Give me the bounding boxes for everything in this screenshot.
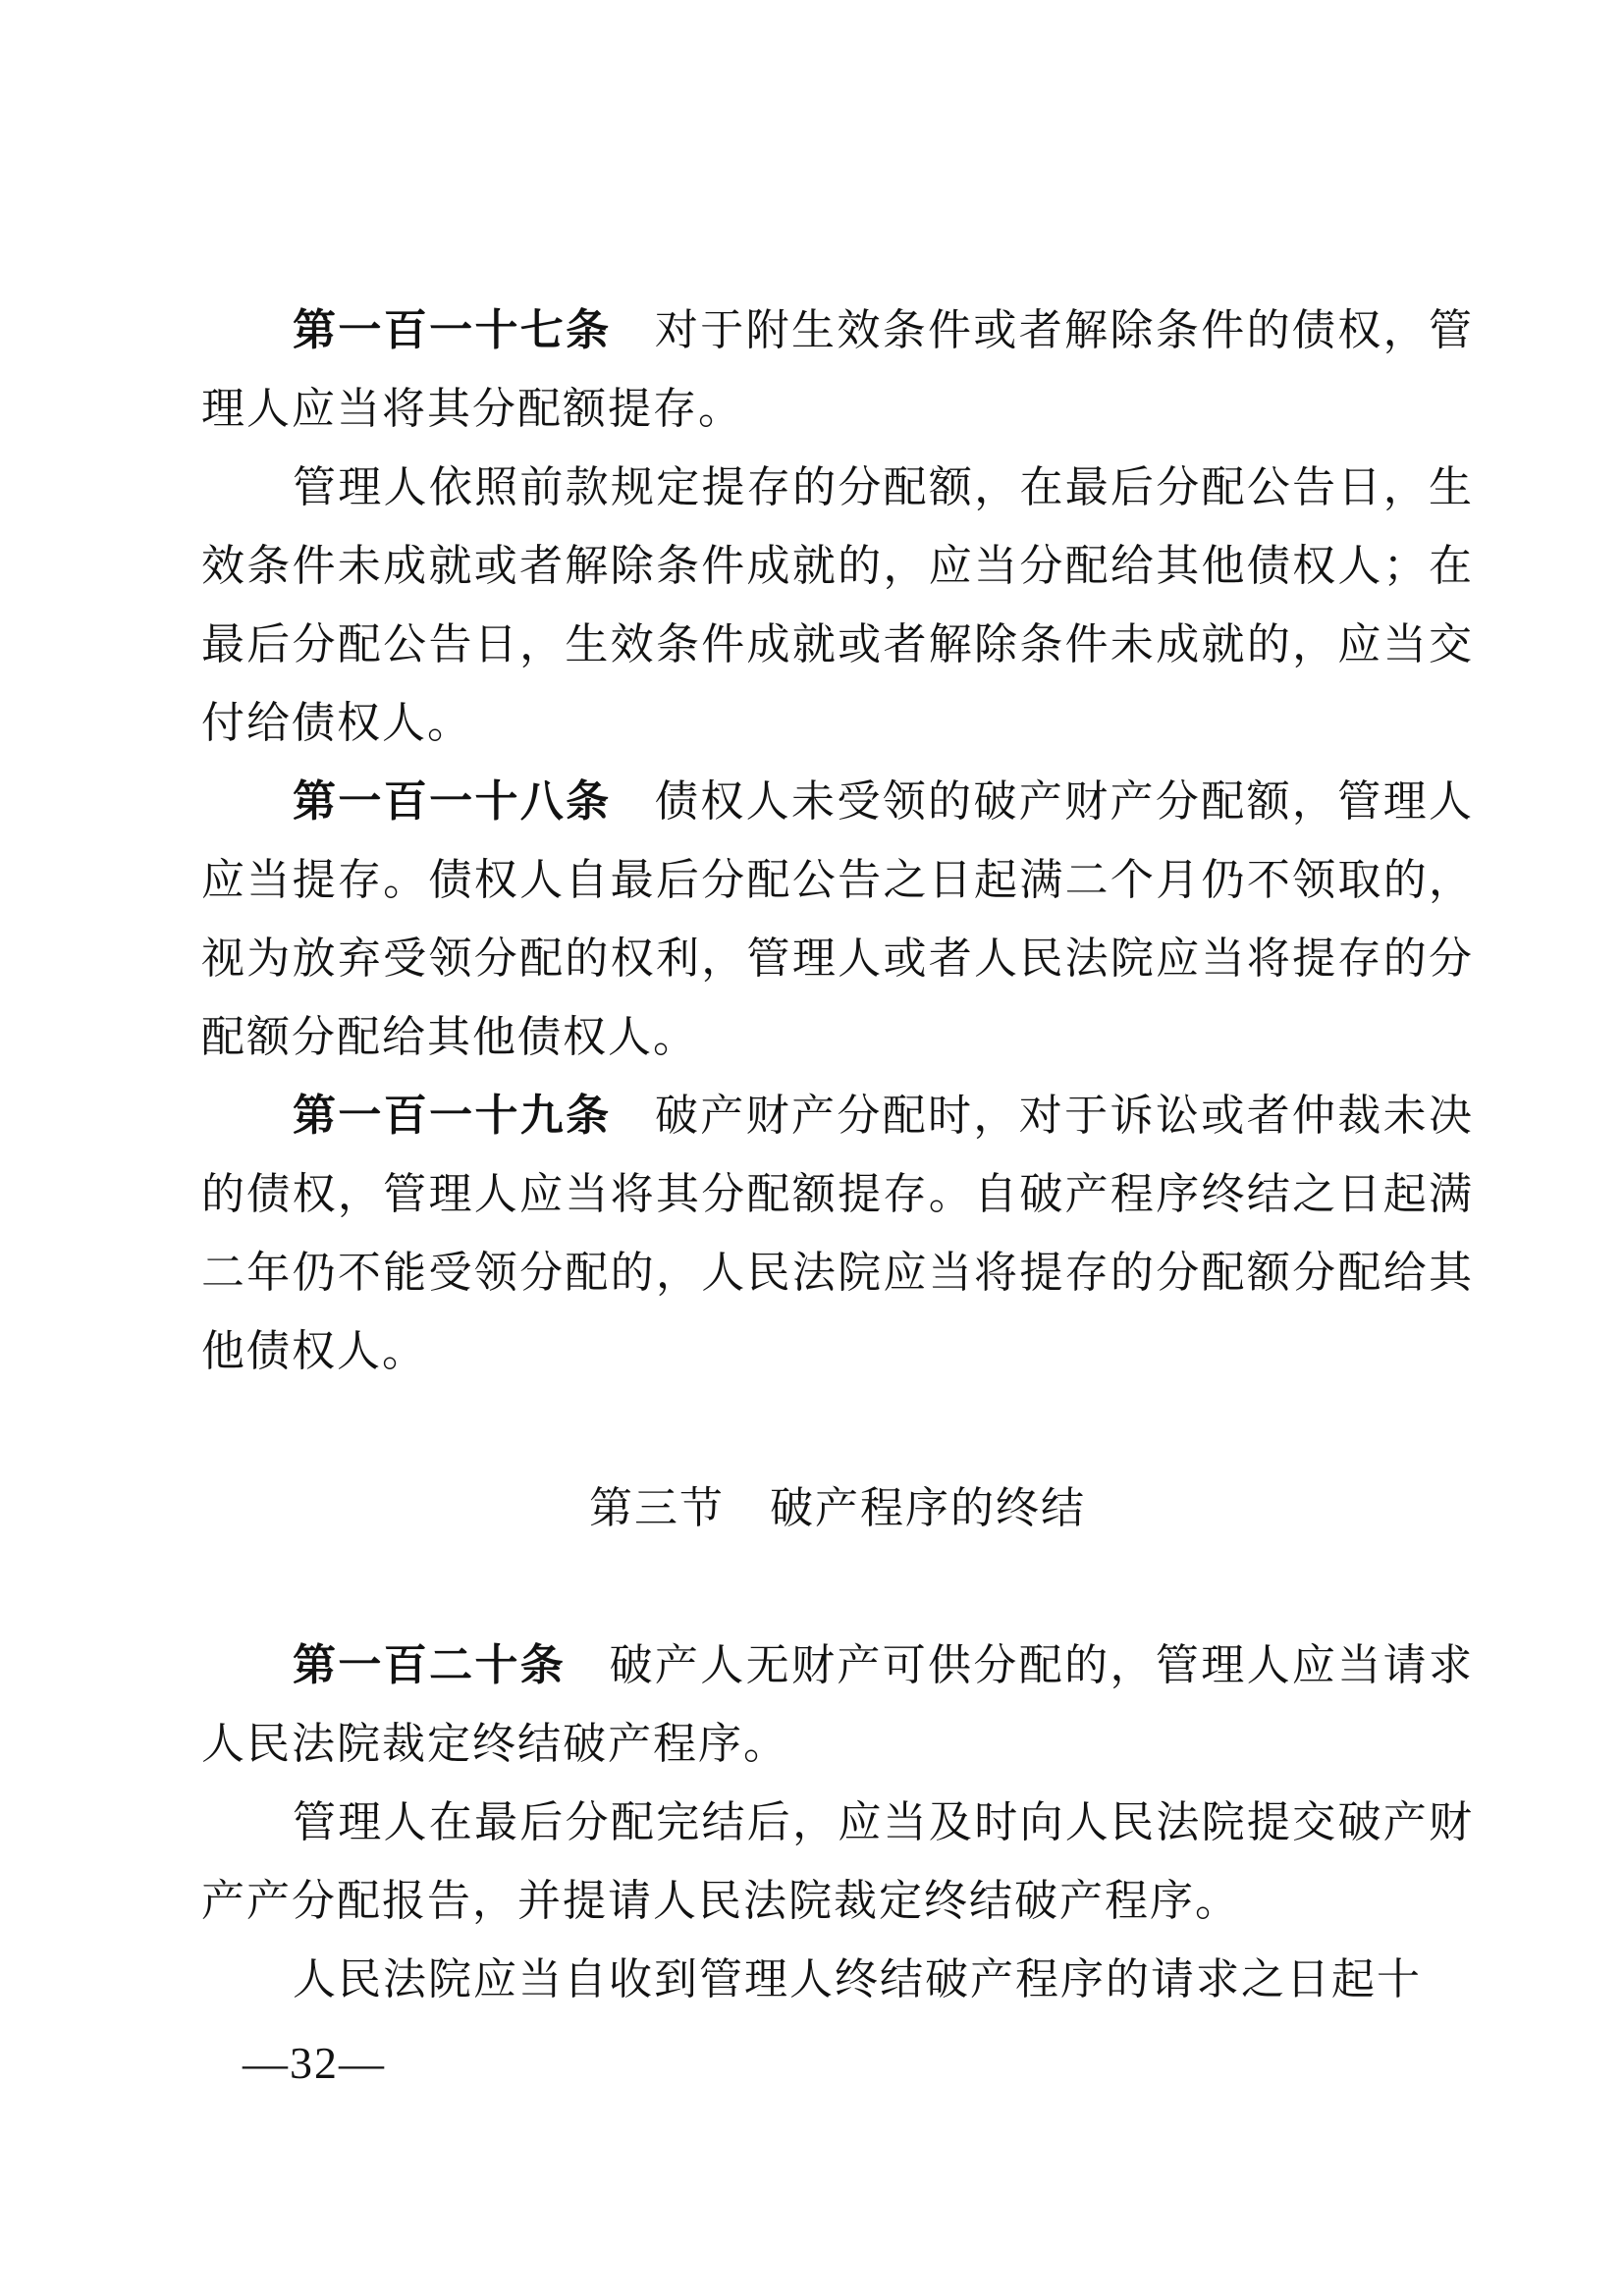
article-paragraph-119: 第一百一十九条破产财产分配时，对于诉讼或者仲裁未决的债权，管理人应当将其分配额提…: [201, 1077, 1474, 1391]
document-content: 第一百一十七条对于附生效条件或者解除条件的债权，管理人应当将其分配额提存。 管理…: [201, 292, 1474, 2019]
paragraph-text: 管理人在最后分配完结后，应当及时向人民法院提交破产财产产分配报告，并提请人民法院…: [201, 1798, 1474, 1925]
article-number: 第一百二十条: [293, 1641, 566, 1689]
article-paragraph-117: 第一百一十七条对于附生效条件或者解除条件的债权，管理人应当将其分配额提存。: [201, 292, 1474, 449]
body-paragraph: 管理人在最后分配完结后，应当及时向人民法院提交破产财产产分配报告，并提请人民法院…: [201, 1784, 1474, 1941]
article-paragraph-120: 第一百二十条破产人无财产可供分配的，管理人应当请求人民法院裁定终结破产程序。: [201, 1627, 1474, 1784]
body-paragraph: 人民法院应当自收到管理人终结破产程序的请求之日起十: [201, 1941, 1474, 2019]
number-gap: [566, 1679, 609, 1680]
article-number: 第一百一十八条: [293, 777, 612, 826]
number-gap: [612, 1129, 655, 1130]
number-gap: [612, 344, 655, 345]
body-paragraph: 管理人依照前款规定提存的分配额，在最后分配公告日，生效条件未成就或者解除条件成就…: [201, 449, 1474, 763]
article-number: 第一百一十七条: [293, 306, 612, 354]
paragraph-text: 管理人依照前款规定提存的分配额，在最后分配公告日，生效条件未成就或者解除条件成就…: [201, 463, 1474, 747]
paragraph-text: 人民法院应当自收到管理人终结破产程序的请求之日起十: [293, 1955, 1422, 2003]
section-heading: 第三节 破产程序的终结: [201, 1469, 1474, 1548]
document-page: 第一百一十七条对于附生效条件或者解除条件的债权，管理人应当将其分配额提存。 管理…: [0, 0, 1624, 2296]
article-number: 第一百一十九条: [293, 1092, 612, 1140]
page-number: —32—: [243, 2040, 386, 2087]
article-paragraph-118: 第一百一十八条债权人未受领的破产财产分配额，管理人应当提存。债权人自最后分配公告…: [201, 763, 1474, 1077]
number-gap: [612, 815, 655, 816]
